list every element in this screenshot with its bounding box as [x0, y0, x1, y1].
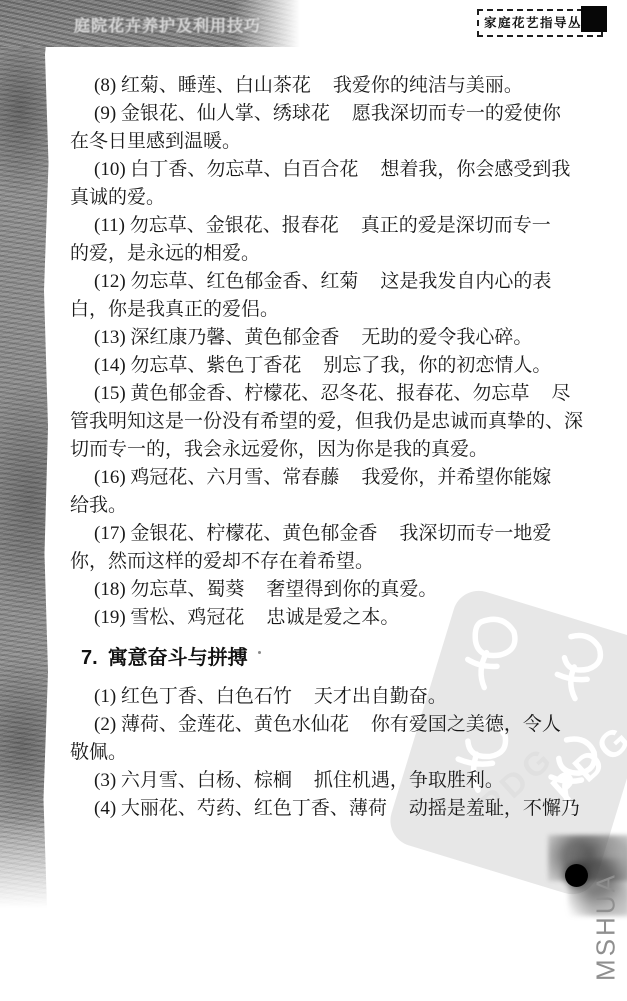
item-lead: (3) 六月雪、白杨、棕榈 — [94, 770, 292, 791]
item-meaning: 天才出自勤奋。 — [314, 686, 447, 707]
series-label: 家庭花艺指导丛书 — [484, 16, 596, 30]
item-meaning: 忠诚是爱之本。 — [266, 607, 399, 628]
section-number: 7. — [81, 644, 98, 672]
item-lead: 切而专一的，我会永远爱你，因为你是我的真爱。 — [70, 439, 488, 460]
item-meaning: 愿我深切而专一的爱使你 — [352, 103, 561, 124]
text-line: 的爱，是永远的相爱。 — [70, 240, 575, 268]
section-7-heading: 7. 寓意奋斗与拼搏 — [81, 644, 575, 672]
side-text-mshua: MSHUA — [591, 871, 622, 983]
item-lead: 你，然而这样的爱却不存在着希望。 — [70, 551, 374, 572]
item-lead: (10) 白丁香、勿忘草、白百合花 — [94, 159, 358, 180]
text-line: (14) 勿忘草、紫色丁香花别忘了我，你的初恋情人。 — [70, 352, 575, 380]
item-lead: (16) 鸡冠花、六月雪、常春藤 — [94, 467, 339, 488]
text-line: (12) 勿忘草、红色郁金香、红菊这是我发自内心的表 — [70, 268, 575, 296]
text-line: (15) 黄色郁金香、柠檬花、忍冬花、报春花、勿忘草尽 — [70, 380, 575, 408]
item-lead: (14) 勿忘草、紫色丁香花 — [94, 355, 301, 376]
item-lead: (18) 勿忘草、蜀葵 — [94, 579, 244, 600]
series-black-square — [581, 6, 607, 32]
text-line: (13) 深红康乃馨、黄色郁金香无助的爱令我心碎。 — [70, 324, 575, 352]
text-line: (2) 薄荷、金莲花、黄色水仙花你有爱国之美德，令人 — [70, 711, 575, 739]
text-line: (3) 六月雪、白杨、棕榈抓住机遇，争取胜利。 — [70, 767, 575, 795]
black-dot-mark — [565, 864, 588, 887]
item-meaning: 别忘了我，你的初恋情人。 — [323, 355, 551, 376]
item-lead: (9) 金银花、仙人掌、绣球花 — [94, 103, 330, 124]
section-title: 寓意奋斗与拼搏 — [108, 644, 248, 672]
text-line: (19) 雪松、鸡冠花忠诚是爱之本。 — [70, 604, 575, 632]
item-meaning: 想着我，你会感受到我 — [380, 159, 570, 180]
item-lead: 真诚的爱。 — [70, 187, 165, 208]
item-meaning: 我爱你，并希望你能嫁 — [361, 467, 551, 488]
item-lead: (1) 红色丁香、白色石竹 — [94, 686, 292, 707]
text-line: 切而专一的，我会永远爱你，因为你是我的真爱。 — [70, 436, 575, 464]
item-lead: (13) 深红康乃馨、黄色郁金香 — [94, 327, 339, 348]
scan-gutter-left — [0, 0, 50, 908]
item-lead: (12) 勿忘草、红色郁金香、红菊 — [94, 271, 358, 292]
text-line: 给我。 — [70, 492, 575, 520]
text-line: (10) 白丁香、勿忘草、白百合花想着我，你会感受到我 — [70, 156, 575, 184]
text-line: (11) 勿忘草、金银花、报春花真正的爱是深切而专一 — [70, 212, 575, 240]
item-lead: 管我明知这是一份没有希望的爱，但我仍是忠诚而真挚的、深 — [70, 411, 583, 432]
text-line: (8) 红菊、睡莲、白山茶花我爱你的纯洁与美丽。 — [70, 72, 575, 100]
item-lead: (11) 勿忘草、金银花、报春花 — [94, 215, 339, 236]
section-7-items: (1) 红色丁香、白色石竹天才出自勤奋。(2) 薄荷、金莲花、黄色水仙花你有爱国… — [70, 683, 575, 823]
item-lead: (17) 金银花、柠檬花、黄色郁金香 — [94, 523, 377, 544]
item-meaning: 我爱你的纯洁与美丽。 — [333, 75, 523, 96]
item-lead: 敬佩。 — [70, 742, 127, 763]
item-lead: 的爱，是永远的相爱。 — [70, 243, 260, 264]
item-meaning: 奢望得到你的真爱。 — [266, 579, 437, 600]
text-line: 在冬日里感到温暖。 — [70, 128, 575, 156]
text-line: 敬佩。 — [70, 739, 575, 767]
text-line: (9) 金银花、仙人掌、绣球花愿我深切而专一的爱使你 — [70, 100, 575, 128]
text-line: 管我明知这是一份没有希望的爱，但我仍是忠诚而真挚的、深 — [70, 408, 575, 436]
text-line: (1) 红色丁香、白色石竹天才出自勤奋。 — [70, 683, 575, 711]
text-line: (17) 金银花、柠檬花、黄色郁金香我深切而专一地爱 — [70, 520, 575, 548]
item-lead: (15) 黄色郁金香、柠檬花、忍冬花、报春花、勿忘草 — [94, 383, 529, 404]
item-lead: 给我。 — [70, 495, 127, 516]
item-lead: 在冬日里感到温暖。 — [70, 131, 241, 152]
item-lead: (4) 大丽花、芍药、红色丁香、薄荷 — [94, 798, 387, 819]
item-meaning: 抓住机遇，争取胜利。 — [314, 770, 504, 791]
item-meaning: 我深切而专一地爱 — [399, 523, 551, 544]
text-line: (16) 鸡冠花、六月雪、常春藤我爱你，并希望你能嫁 — [70, 464, 575, 492]
text-line: 你，然而这样的爱却不存在着希望。 — [70, 548, 575, 576]
item-meaning: 真正的爱是深切而专一 — [361, 215, 551, 236]
item-meaning: 无助的爱令我心碎。 — [361, 327, 532, 348]
text-line: (18) 勿忘草、蜀葵奢望得到你的真爱。 — [70, 576, 575, 604]
book-title: 庭院花卉养护及利用技巧 — [74, 13, 261, 36]
section-love-items: (8) 红菊、睡莲、白山茶花我爱你的纯洁与美丽。(9) 金银花、仙人掌、绣球花愿… — [70, 72, 575, 632]
item-lead: 白，你是我真正的爱侣。 — [70, 299, 279, 320]
text-line: 白，你是我真正的爱侣。 — [70, 296, 575, 324]
item-meaning: 尽 — [551, 383, 570, 404]
text-line: 真诚的爱。 — [70, 184, 575, 212]
text-line: (4) 大丽花、芍药、红色丁香、薄荷动摇是羞耻，不懈乃 — [70, 795, 575, 823]
item-meaning: 动摇是羞耻，不懈乃 — [409, 798, 580, 819]
item-lead: (2) 薄荷、金莲花、黄色水仙花 — [94, 714, 349, 735]
book-page: 庭院花卉养护及利用技巧 家庭花艺指导丛书 PDG PDG (8) 红菊、睡莲、白… — [0, 0, 627, 1001]
page-content: (8) 红菊、睡莲、白山茶花我爱你的纯洁与美丽。(9) 金银花、仙人掌、绣球花愿… — [70, 72, 575, 823]
item-meaning: 你有爱国之美德，令人 — [371, 714, 561, 735]
item-meaning: 这是我发自内心的表 — [380, 271, 551, 292]
item-lead: (8) 红菊、睡莲、白山茶花 — [94, 75, 311, 96]
item-lead: (19) 雪松、鸡冠花 — [94, 607, 244, 628]
heading-dot-artifact — [258, 651, 261, 654]
